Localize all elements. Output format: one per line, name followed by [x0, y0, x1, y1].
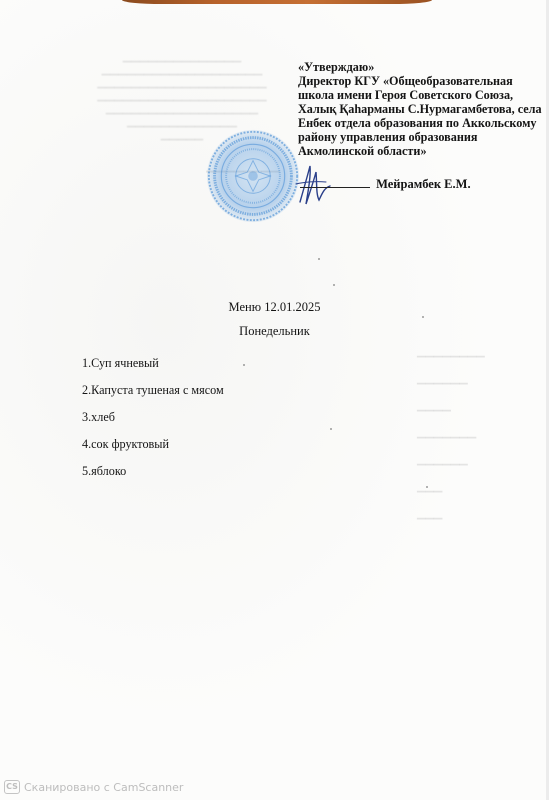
menu-day: Понедельник — [0, 324, 549, 339]
approval-block: «Утверждаю» Директор КГУ «Общеобразовате… — [298, 60, 538, 158]
camscanner-watermark: CS Сканировано с CamScanner — [4, 780, 183, 794]
approval-line: Енбек отдела образования по Аккольскому — [298, 116, 538, 130]
scan-speck — [422, 316, 424, 318]
list-item: 4.сок фруктовый — [82, 431, 224, 458]
scan-speck — [330, 428, 332, 430]
list-item: 3.хлеб — [82, 404, 224, 431]
camscanner-icon: CS — [4, 780, 20, 794]
scan-speck — [333, 284, 335, 286]
scan-speck — [426, 486, 428, 488]
approval-line: Халық Қаһарманы С.Нурмагамбетова, села — [298, 102, 538, 116]
menu-list: 1.Суп ячневый 2.Капуста тушеная с мясом … — [82, 350, 224, 485]
scanned-page: ▔▔▔▔▔▔▔▔▔▔▔▔▔▔ ▔▔▔▔▔▔▔▔▔▔▔▔▔▔▔▔▔▔▔ ▔▔▔▔▔… — [0, 0, 549, 800]
scan-speck — [243, 364, 245, 366]
approval-line: району управления образования — [298, 130, 538, 144]
approval-line: Акмолинской области» — [298, 144, 538, 158]
bleed-through-list: ▔▔▔▔▔▔▔▔ ▔▔▔▔▔▔ ▔▔▔▔ ▔▔▔▔▔▔▔ ▔▔▔▔▔▔ ▔▔▔ … — [417, 350, 485, 539]
approval-line: школа имени Героя Советского Союза, — [298, 88, 538, 102]
list-item: 1.Суп ячневый — [82, 350, 224, 377]
approval-line: Директор КГУ «Общеобразовательная — [298, 74, 538, 88]
scan-speck — [318, 258, 320, 260]
scan-edge-strip — [122, 0, 432, 4]
watermark-text: Сканировано с CamScanner — [24, 781, 183, 794]
list-item: 5.яблоко — [82, 458, 224, 485]
signature-row: Мейрамбек Е.М. — [300, 177, 471, 192]
list-item: 2.Капуста тушеная с мясом — [82, 377, 224, 404]
signature-line — [300, 187, 370, 188]
approval-heading: «Утверждаю» — [298, 60, 538, 74]
signatory-name: Мейрамбек Е.М. — [376, 177, 470, 191]
menu-title: Меню 12.01.2025 — [0, 300, 549, 315]
